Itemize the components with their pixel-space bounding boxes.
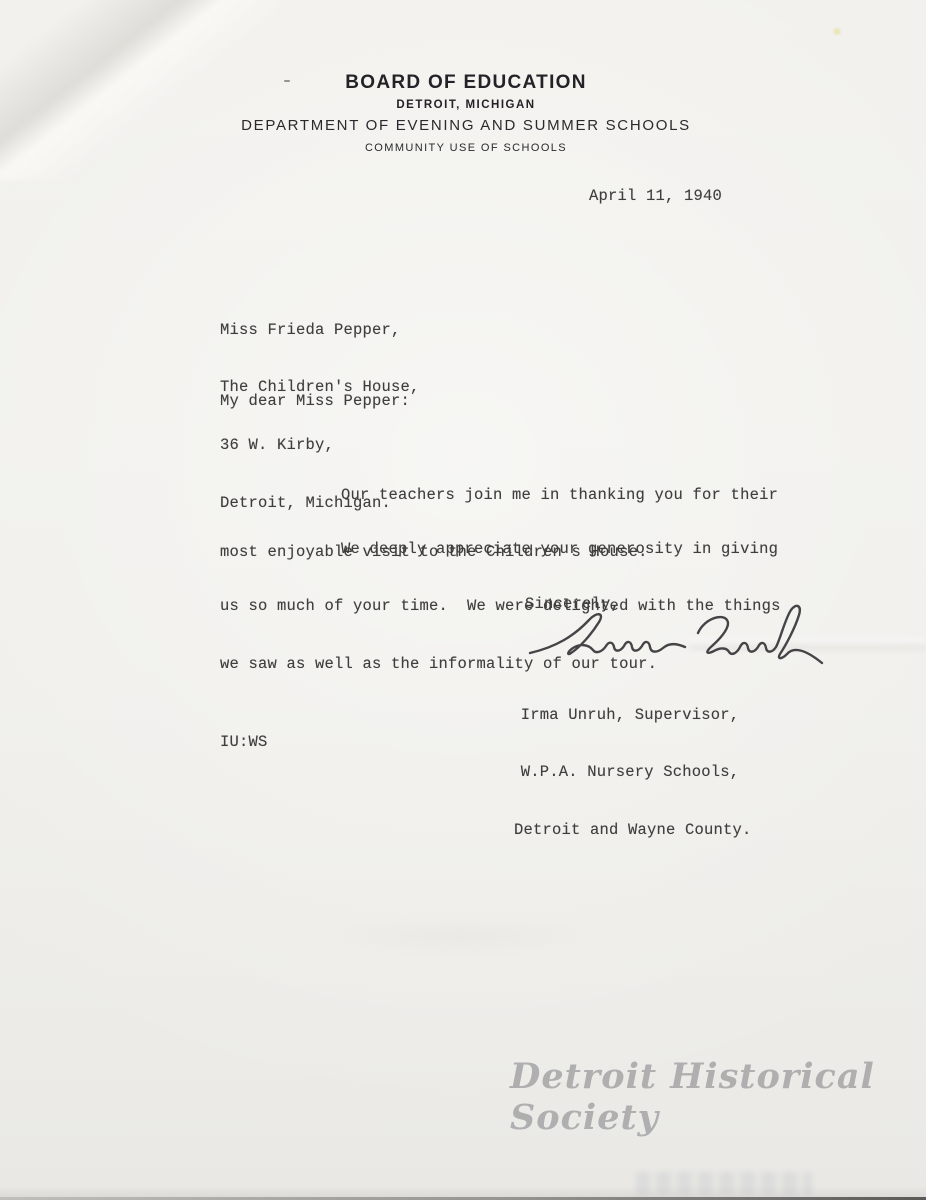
paper-crease-middle bbox=[300, 900, 620, 970]
address-line: Miss Frieda Pepper, bbox=[220, 321, 420, 340]
paper-speck-yellow bbox=[831, 27, 843, 36]
salutation: My dear Miss Pepper: bbox=[220, 392, 410, 411]
signer-line: W.P.A. Nursery Schools, bbox=[514, 763, 746, 782]
letterhead: BOARD OF EDUCATION DETROIT, MICHIGAN DEP… bbox=[3, 72, 926, 154]
typist-initials: IU:WS bbox=[220, 733, 268, 752]
signer-block: Irma Unruh, Supervisor, W.P.A. Nursery S… bbox=[514, 667, 746, 879]
letterhead-location: DETROIT, MICHIGAN bbox=[3, 99, 926, 111]
signature-ink-strokes bbox=[526, 603, 836, 669]
date-line: April 11, 1940 bbox=[589, 187, 722, 206]
letterhead-department: DEPARTMENT OF EVENING AND SUMMER SCHOOLS bbox=[3, 117, 926, 134]
signer-line: Detroit and Wayne County. bbox=[514, 821, 746, 840]
watermark-detroit-historical-society: Detroit Historical Society bbox=[510, 1056, 926, 1138]
body-line: We deeply appreciate your generosity in … bbox=[220, 540, 781, 559]
letterhead-org: BOARD OF EDUCATION bbox=[3, 72, 926, 94]
signature-handwritten bbox=[526, 603, 836, 669]
letterhead-division: COMMUNITY USE OF SCHOOLS bbox=[3, 142, 926, 154]
scanned-letter-page: BOARD OF EDUCATION DETROIT, MICHIGAN DEP… bbox=[0, 0, 926, 1200]
signer-line: Irma Unruh, Supervisor, bbox=[514, 706, 746, 725]
